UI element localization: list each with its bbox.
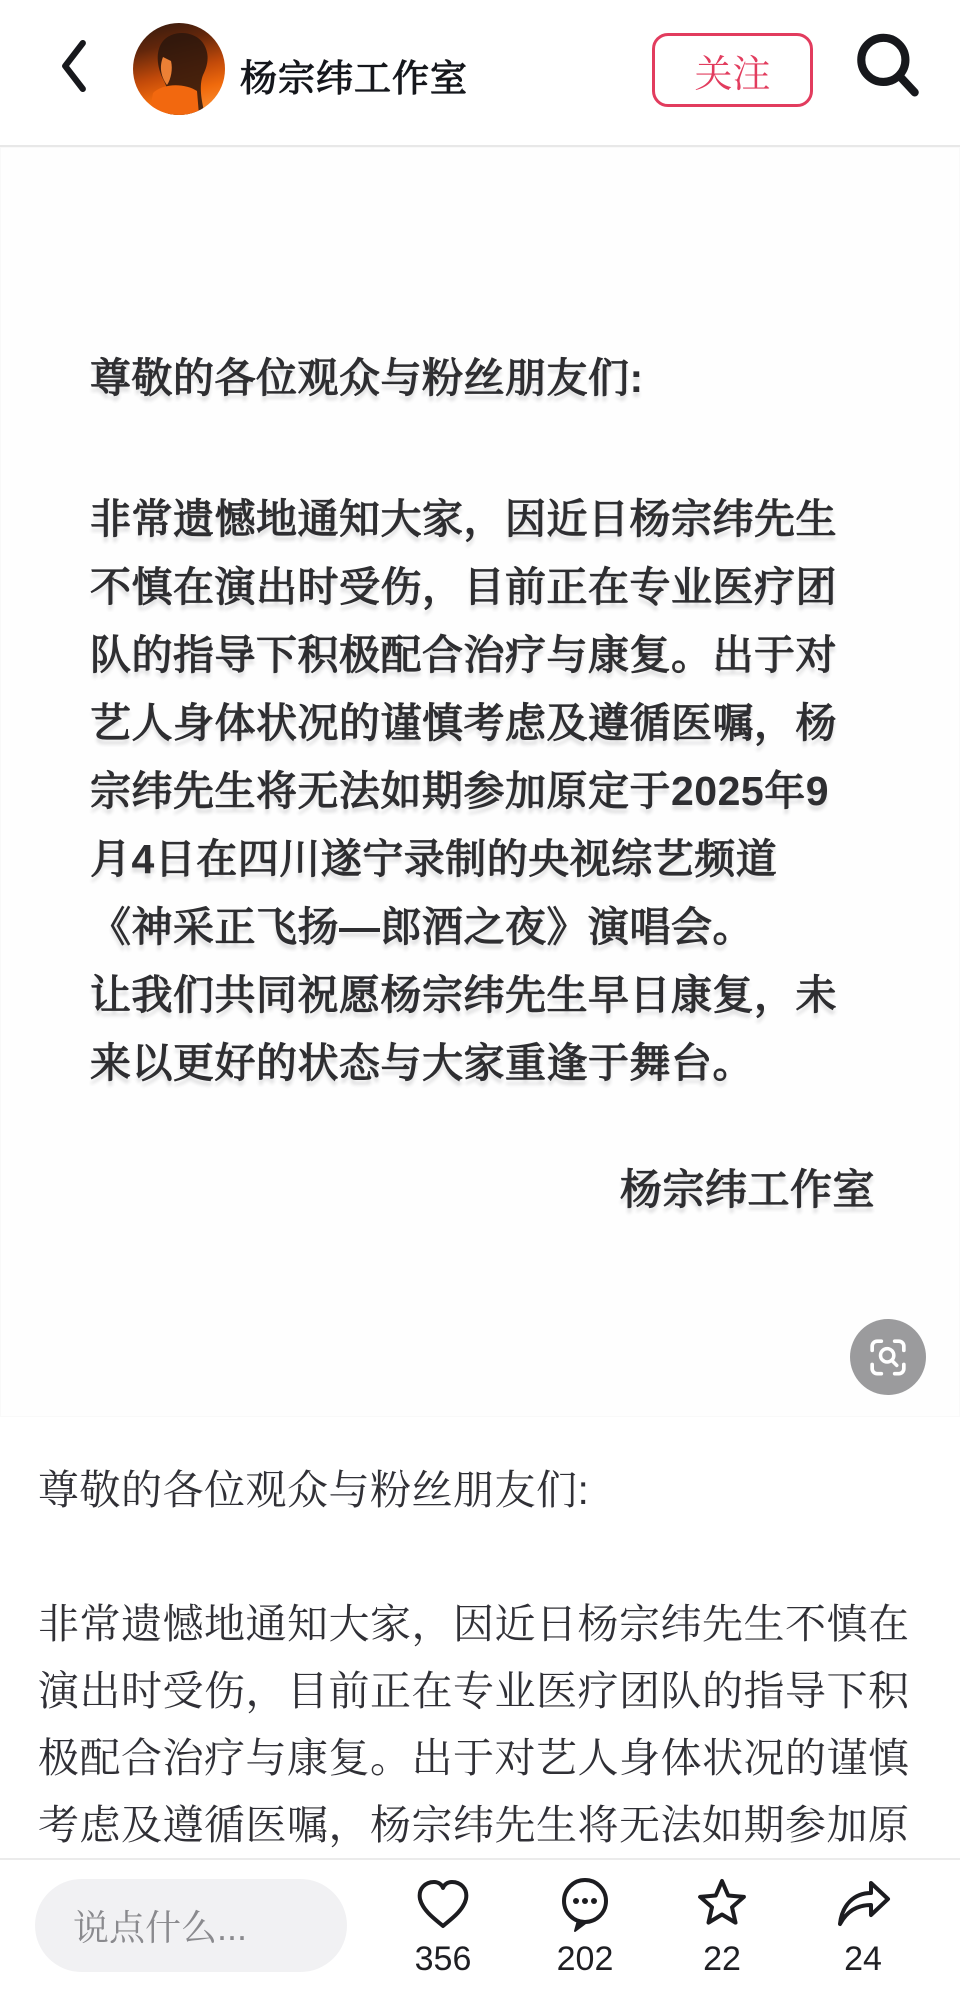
caption-greeting: 尊敬的各位观众与粉丝朋友们: <box>38 1457 922 1524</box>
caption-line: 非常遗憾地通知大家，因近日杨宗纬先生不慎在 <box>38 1591 922 1658</box>
image-line: 队的指导下积极配合治疗与康复。出于对 <box>90 621 875 689</box>
collect-button[interactable]: 22 <box>672 1874 772 1994</box>
image-greeting-text: 尊敬的各位观众与粉丝朋友们: <box>90 344 875 412</box>
star-icon <box>692 1874 752 1934</box>
search-button[interactable] <box>852 28 924 108</box>
image-line: 不慎在演出时受伤，目前正在专业医疗团 <box>90 553 875 621</box>
image-line: 《神采正飞扬—郎酒之夜》演唱会。 <box>90 893 875 961</box>
note-image[interactable]: 尊敬的各位观众与粉丝朋友们: 非常遗憾地通知大家，因近日杨宗纬先生 不慎在演出时… <box>0 147 960 1417</box>
like-count: 356 <box>415 1942 472 1976</box>
image-line: 月4日在四川遂宁录制的央视综艺频道 <box>90 825 875 893</box>
image-line: 非常遗憾地通知大家，因近日杨宗纬先生 <box>90 485 875 553</box>
image-line: 宗纬先生将无法如期参加原定于2025年9 <box>90 757 875 825</box>
caption-blank-line <box>38 1524 922 1591</box>
note-caption: 尊敬的各位观众与粉丝朋友们: 非常遗憾地通知大家，因近日杨宗纬先生不慎在 演出时… <box>38 1457 922 1926</box>
avatar[interactable] <box>133 23 225 115</box>
image-line: 让我们共同祝愿杨宗纬先生早日康复，未 <box>90 961 875 1029</box>
comment-count: 202 <box>557 1942 614 1976</box>
share-button[interactable]: 24 <box>813 1874 913 1994</box>
comment-input[interactable]: 说点什么... <box>35 1879 347 1972</box>
collect-count: 22 <box>703 1942 741 1976</box>
caption-line: 极配合治疗与康复。出于对艺人身体状况的谨慎 <box>38 1725 922 1792</box>
header: 杨宗纬工作室 关注 <box>0 0 960 147</box>
image-signature: 杨宗纬工作室 <box>90 1157 875 1217</box>
caption-line: 演出时受伤，目前正在专业医疗团队的指导下积 <box>38 1658 922 1725</box>
search-icon <box>852 28 924 108</box>
follow-button[interactable]: 关注 <box>652 33 813 107</box>
back-button[interactable] <box>44 36 92 108</box>
comment-button[interactable]: 202 <box>535 1874 635 1994</box>
heart-icon <box>413 1874 473 1934</box>
bottom-bar: 说点什么... 356 202 22 <box>0 1858 960 2002</box>
share-count: 24 <box>844 1942 882 1976</box>
page-title: 杨宗纬工作室 <box>240 48 468 102</box>
scan-search-icon <box>863 1332 913 1382</box>
like-button[interactable]: 356 <box>393 1874 493 1994</box>
image-line: 艺人身体状况的谨慎考虑及遵循医嘱，杨 <box>90 689 875 757</box>
chevron-left-icon <box>44 36 104 96</box>
note-detail-screen: 杨宗纬工作室 关注 尊敬的各位观众与粉丝朋友们: 非常遗憾地通知大家，因近日杨宗… <box>0 0 960 2002</box>
caption-line: 考虑及遵循医嘱，杨宗纬先生将无法如期参加原 <box>38 1792 922 1859</box>
avatar-image <box>133 23 225 115</box>
image-scan-button[interactable] <box>850 1319 926 1395</box>
share-arrow-icon <box>833 1874 893 1934</box>
image-line: 来以更好的状态与大家重逢于舞台。 <box>90 1029 875 1097</box>
image-body-text: 非常遗憾地通知大家，因近日杨宗纬先生 不慎在演出时受伤，目前正在专业医疗团 队的… <box>90 485 875 1097</box>
comment-bubble-icon <box>555 1874 615 1934</box>
